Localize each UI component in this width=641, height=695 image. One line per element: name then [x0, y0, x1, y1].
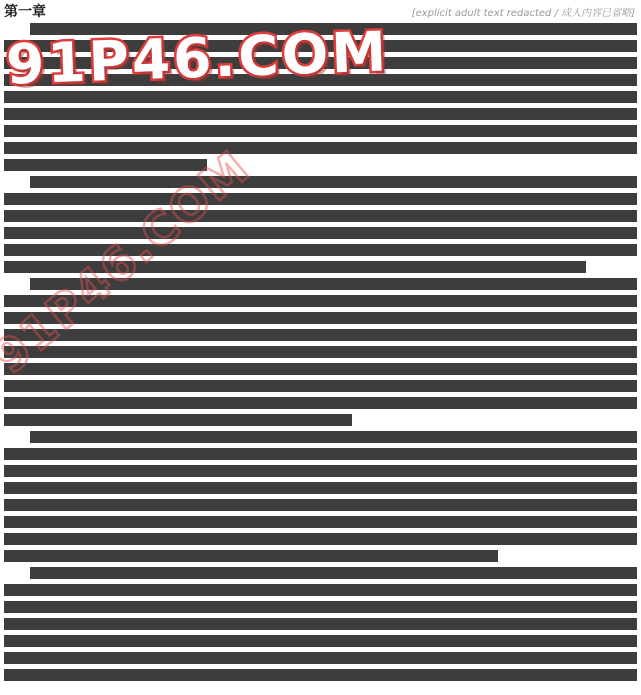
paragraph-redacted-1: [4, 23, 637, 176]
paragraph-redacted-3: [4, 278, 637, 431]
redaction-note: [explicit adult text redacted / 成人内容已省略]: [412, 4, 635, 19]
document-page: 第一章 [explicit adult text redacted / 成人内容…: [0, 0, 641, 695]
body-text: [4, 23, 637, 686]
paragraph-redacted-2: [4, 176, 637, 278]
paragraph-redacted-4: [4, 431, 637, 567]
paragraph-redacted-5: [4, 567, 637, 686]
